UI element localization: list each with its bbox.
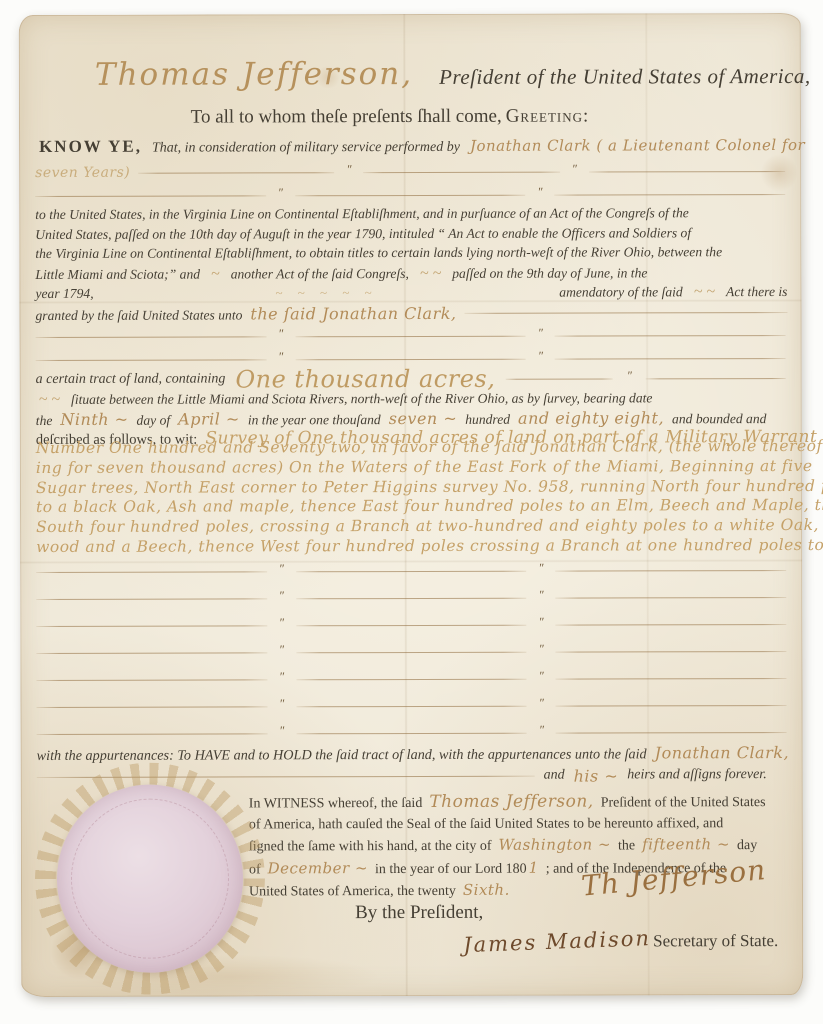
ditto-mark: ″ (535, 587, 548, 602)
blank-ruled-section: ″″ ″″ ″″ ″″ ″″ ″″ ″″ (36, 563, 786, 741)
act-paragraph: to the United States, in the Virginia Li… (35, 205, 787, 325)
act-line-4: Little Miami and Sciota;” and ~ another … (35, 264, 787, 286)
greeting-text: Greeting: (506, 106, 590, 127)
habendum-grantee-handwritten: Jonathan Clark, (655, 743, 789, 762)
ditto-mark: ″ (275, 615, 288, 630)
witness-text: the (618, 836, 635, 857)
ruled-line-row: ″″ (36, 617, 786, 633)
ditto-mark: ″ (535, 641, 548, 656)
survey-intro-text: the (36, 413, 53, 429)
survey-intro-text: in the year one thouſand (248, 412, 381, 428)
survey-date-year-handwritten: and eighty eight, (518, 408, 664, 427)
survey-date-year-handwritten: seven ~ (389, 409, 458, 428)
ruled-line (556, 678, 787, 680)
witness-line-3: ſigned the ſame with his hand, at the ci… (249, 834, 797, 858)
president-title: Preſident of the United States of Americ… (439, 64, 811, 90)
witness-text: Preſident of the United States (601, 792, 766, 814)
survey-hand-line: South four hundred poles, crossing a Bra… (36, 516, 790, 538)
survey-date-day-handwritten: Ninth ~ (60, 410, 128, 429)
act-line-5-text: year 1794, (35, 286, 93, 302)
survey-hand-line: Sugar trees, North East corner to Peter … (36, 477, 790, 499)
ditto-mark: ″ (623, 368, 636, 383)
grantee-repeat-handwritten: the ſaid Jonathan Clark, (250, 304, 456, 324)
ruled-line (296, 651, 527, 653)
ruled-line-row: ″″ (36, 590, 786, 606)
witness-text: United States of America, the twenty (249, 881, 456, 903)
witness-text: In WITNESS whereof, the ſaid (249, 793, 423, 815)
ditto-mark: ″ (275, 696, 288, 711)
ink-flourish: ~ ~ (691, 284, 718, 302)
ruled-line (296, 624, 527, 626)
ruled-line (555, 194, 786, 196)
day-handwritten: fifteenth ~ (642, 835, 730, 856)
witness-text: ſigned the ſame with his hand, at the ci… (249, 836, 492, 858)
ruled-line-row: ″″ (37, 725, 787, 741)
ditto-mark: ″ (535, 722, 548, 737)
ditto-mark: ″ (534, 325, 547, 340)
survey-intro-text: hundred (465, 412, 510, 428)
document-header: Thomas Jefferson, Preſident of the Unite… (19, 55, 801, 93)
parchment-document: Thomas Jefferson, Preſident of the Unite… (19, 13, 804, 997)
ruled-line (296, 732, 527, 734)
act-line-5-text: amendatory of the ſaid (559, 285, 683, 301)
ruled-line (35, 195, 266, 197)
salutation-text: To all to whom theſe preſents ſhall come… (191, 106, 502, 128)
ruled-line (37, 733, 268, 735)
witness-text: in the year of our Lord 180 (375, 858, 527, 880)
year-digit-handwritten: 1 (529, 857, 539, 878)
act-line-6: granted by the ſaid United States unto t… (35, 303, 787, 325)
ruled-line-row: ″ ″ (35, 184, 785, 206)
presidential-seal (35, 762, 266, 995)
madison-signature: James Madison (463, 926, 652, 957)
ditto-mark: ″ (275, 669, 288, 684)
ditto-mark: ″ (275, 723, 288, 738)
his-handwritten: his ~ (574, 766, 619, 785)
ruled-line (36, 679, 267, 681)
tract-printed-text: a certain tract of land, containing (36, 371, 226, 387)
ruled-line (37, 706, 268, 708)
ruled-line (36, 625, 267, 627)
ruled-line (464, 312, 787, 314)
know-ye-clause: That, in consideration of military servi… (152, 140, 460, 157)
act-line-6-text: granted by the ſaid United States unto (35, 307, 242, 324)
heirs-text: heirs and aſſigns forever. (627, 767, 767, 783)
ruled-line (296, 570, 527, 572)
ruled-line-row: ″″ (36, 671, 786, 687)
survey-intro-line-2: the Ninth ~ day of April ~ in the year o… (36, 408, 788, 429)
jefferson-name-script: Thomas Jefferson, (95, 56, 413, 93)
ditto-mark: ″ (535, 695, 548, 710)
survey-date-month-handwritten: April ~ (178, 409, 240, 428)
survey-hand-line: wood and a Beech, thence West four hundr… (36, 536, 790, 558)
act-line-5: year 1794, ~ ~ ~ ~ ~ amendatory of the ſ… (35, 283, 787, 305)
ditto-mark: ″ (275, 642, 288, 657)
ditto-mark: ″ (274, 185, 287, 200)
ditto-mark: ″ (535, 614, 548, 629)
survey-description-handwritten: Number One hundred and Seventy two, in f… (36, 437, 790, 558)
month-handwritten: December ~ (268, 858, 368, 879)
survey-intro-text: day of (137, 413, 171, 429)
ruled-line-row: ″″ (37, 698, 787, 714)
independence-year-handwritten: Sixth. (463, 880, 510, 901)
act-line-4-text: paſſed on the 9th day of June, in the (452, 265, 647, 282)
witness-line-2: of America, hath cauſed the Seal of the … (249, 813, 797, 836)
act-line-4-text: another Act of the ſaid Congreſs, (231, 266, 409, 282)
ruled-line (556, 651, 787, 653)
ditto-mark: ″ (275, 588, 288, 603)
heirs-text: and (544, 768, 565, 784)
ditto-mark: ″ (275, 561, 288, 576)
ruled-line (556, 732, 787, 734)
by-the-president-label: By the Preſident, (355, 902, 483, 924)
ruled-line (295, 358, 526, 360)
ditto-mark: ″ (535, 668, 548, 683)
ruled-line (505, 378, 613, 379)
ruled-line (295, 194, 526, 196)
know-ye-line: KNOW YE, That, in consideration of milit… (39, 135, 791, 157)
survey-intro-line-1: ~ ~ ſituate between the Little Miami and… (36, 389, 788, 410)
act-line-5-text: Act there is (726, 284, 787, 300)
ditto-mark: ″ (274, 326, 287, 341)
ruled-line (556, 624, 787, 626)
ruled-line (296, 705, 527, 707)
ruled-line (36, 598, 267, 600)
ruled-line (646, 378, 786, 379)
secretary-of-state-label: Secretary of State. (653, 931, 778, 951)
service-term-handwritten: seven Years) (35, 165, 130, 181)
ruled-line (296, 597, 527, 599)
ruled-line (295, 335, 526, 337)
ruled-line (36, 571, 267, 573)
ruled-line (555, 335, 786, 337)
ditto-mark: ″ (343, 162, 356, 177)
ink-flourish: ~ ~ (36, 391, 63, 409)
act-line-1: to the United States, in the Virginia Li… (35, 205, 787, 227)
ditto-mark: ″ (274, 349, 287, 364)
jefferson-name-inline-handwritten: Thomas Jefferson, (429, 792, 593, 814)
ruled-line-row: ″″ (36, 563, 786, 579)
survey-hand-line: ing for seven thousand acres) On the Wat… (36, 457, 790, 479)
ditto-mark: ″ (568, 161, 581, 176)
ruled-line (36, 652, 267, 654)
survey-hand-line: Number One hundred and Seventy two, in f… (36, 437, 790, 459)
ruled-line (36, 336, 267, 338)
know-ye-label: KNOW YE, (39, 137, 142, 157)
survey-intro-text: ſituate between the Little Miami and Sci… (71, 390, 652, 408)
ruled-line (556, 570, 787, 572)
ruled-line (556, 705, 787, 707)
ruled-line (296, 678, 527, 680)
ruled-line-row: ″ ″ (36, 325, 786, 347)
survey-hand-line: to a black Oak, Ash and maple, thence Ea… (36, 496, 790, 518)
act-line-4-text: Little Miami and Sciota;” and (35, 266, 200, 282)
ditto-mark: ″ (534, 184, 547, 199)
ruled-line (36, 359, 267, 361)
ruled-line (364, 171, 560, 173)
grantee-name-handwritten: Jonathan Clark ( a Lieutenant Colonel fo… (470, 136, 805, 155)
ink-scribble: ~ ~ ~ ~ ~ (102, 285, 552, 302)
act-line-3: the Virginia Line on Continental Eſtabli… (35, 244, 787, 266)
ruled-line (555, 358, 786, 360)
ruled-line-row: ″″ (36, 644, 786, 660)
ruled-line (138, 172, 334, 174)
ink-flourish: ~ ~ (417, 265, 444, 283)
ink-flourish: ~ (208, 265, 223, 283)
seal-inner-ring (71, 798, 229, 958)
ruled-line (589, 171, 785, 173)
ditto-mark: ″ (534, 348, 547, 363)
witness-line-1: In WITNESS whereof, the ſaid Thomas Jeff… (249, 791, 797, 815)
habendum-clause: with the appurtenances: To HAVE and to H… (37, 743, 793, 765)
ruled-line (556, 597, 787, 599)
act-line-2: United States, paſſed on the 10th day of… (35, 225, 787, 247)
salutation-line: To all to whom theſe preſents ſhall come… (19, 105, 761, 129)
ditto-mark: ″ (534, 560, 547, 575)
survey-intro-text: and bounded and (672, 411, 766, 427)
city-handwritten: Washington ~ (498, 835, 611, 856)
ruled-line-row: seven Years) ″ ″ (35, 161, 785, 183)
